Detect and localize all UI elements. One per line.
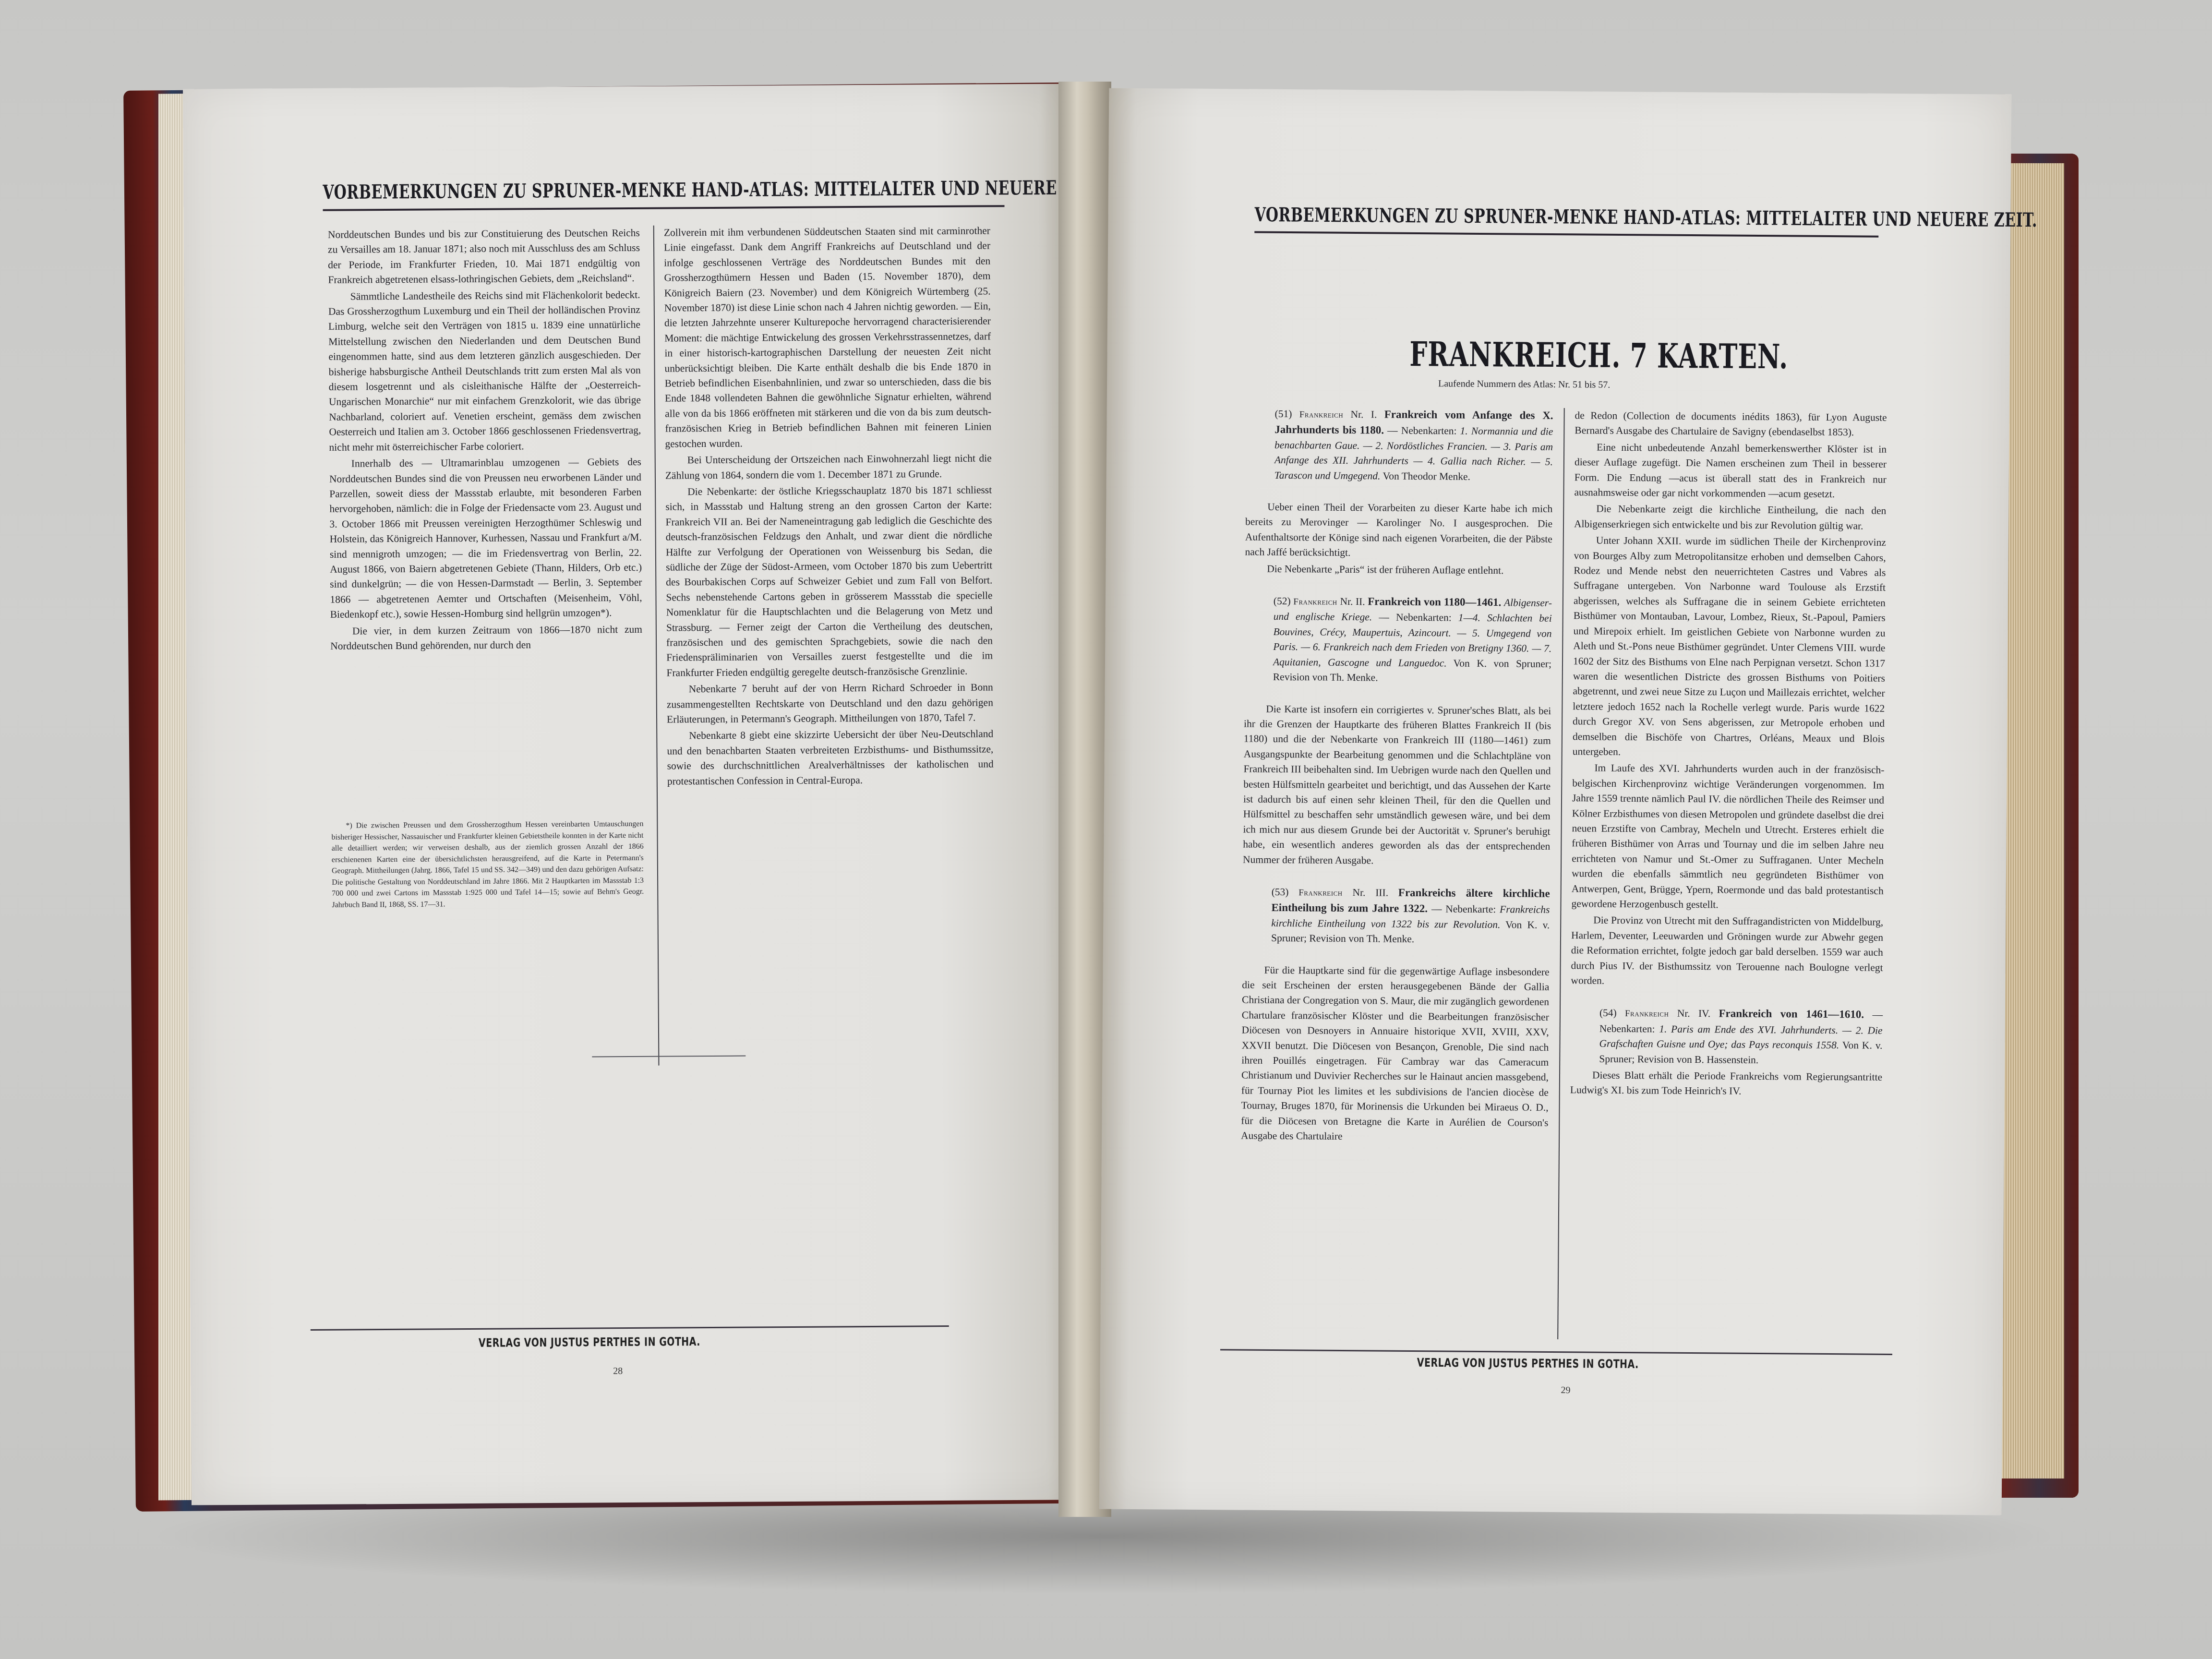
right-page-column-1: (51) Frankreich Nr. I. Frankreich vom An… [1241,406,1553,1147]
running-head-right: VORBEMERKUNGEN ZU SPRUNER-MENKE HAND-ATL… [1254,204,2037,232]
paragraph: Die vier, in dem kurzen Zeitraum von 186… [330,622,642,654]
paragraph: Nebenkarte 8 giebt eine skizzirte Uebers… [667,727,994,789]
map-entry-53: (53) Frankreich Nr. III. Frankreichs ält… [1242,884,1550,948]
paragraph: Für die Hauptkarte sind für die gegenwär… [1241,962,1550,1145]
left-page-column-2: Zollverein mit ihm verbundenen Süddeutsc… [664,223,994,790]
paragraph: Norddeutschen Bundes und bis zur Constit… [328,226,640,288]
footnote: *) Die zwischen Preussen und dem Grosshe… [331,818,644,911]
footer-rule [1220,1349,1892,1355]
left-page: VORBEMERKUNGEN ZU SPRUNER-MENKE HAND-ATL… [183,84,1075,1505]
right-page-column-2: de Redon (Collection de documents inédit… [1570,408,1887,1101]
right-page: VORBEMERKUNGEN ZU SPRUNER-MENKE HAND-ATL… [1099,88,2012,1515]
paragraph: Die Nebenkarte „Paris“ ist der früheren … [1245,561,1552,578]
paragraph: Dieses Blatt erhält die Periode Frankrei… [1570,1068,1882,1100]
entry-heading: Frankreich von 1461—1610. [1719,1008,1864,1021]
column-rule [1557,408,1565,1339]
page-number-left: 28 [613,1366,623,1377]
paragraph: Innerhalb des — Ultramarinblau umzogenen… [329,455,642,622]
column-rule [653,226,660,1066]
footer-rule [311,1325,949,1331]
paragraph: Im Laufe des XVI. Jahrhunderts wurden au… [1571,761,1884,914]
paragraph: Zollverein mit ihm verbundenen Süddeutsc… [664,223,992,451]
paragraph: Die Provinz von Utrecht mit den Suffraga… [1571,913,1883,991]
paragraph: Sämmtliche Landestheile des Reichs sind … [328,287,641,455]
paragraph: de Redon (Collection de documents inédit… [1575,408,1887,440]
imprint-left: VERLAG VON JUSTUS PERTHES IN GOTHA. [479,1335,700,1350]
paragraph: Die Karte ist insofern ein corrigiertes … [1243,701,1551,869]
running-head-rule [1254,231,1878,238]
page-subtitle: Laufende Nummern des Atlas: Nr. 51 bis 5… [1438,378,1610,391]
left-page-column-1: Norddeutschen Bundes und bis zur Constit… [328,226,642,655]
map-entry-54: (54) Frankreich Nr. IV. Frankreich von 1… [1570,1005,1883,1069]
running-head-left: VORBEMERKUNGEN ZU SPRUNER-MENKE HAND-ATL… [323,177,1106,204]
imprint-right: VERLAG VON JUSTUS PERTHES IN GOTHA. [1417,1356,1639,1371]
end-rule [592,1056,745,1058]
map-entry-51: (51) Frankreich Nr. I. Frankreich vom An… [1246,406,1553,484]
page-number-right: 29 [1561,1385,1570,1396]
page-title: FRANKREICH. 7 KARTEN. [1409,335,1788,377]
paragraph: Unter Johann XXII. wurde im südlichen Th… [1573,533,1886,762]
paragraph: Eine nicht unbedeutende Anzahl bemerkens… [1574,440,1887,502]
paragraph: Bei Unterscheidung der Ortszeichen nach … [665,451,992,483]
footnote-text: *) Die zwischen Preussen und dem Grosshe… [331,818,644,911]
paragraph: Die Nebenkarte zeigt die kirchliche Eint… [1574,502,1886,534]
map-entry-52: (52) Frankreich Nr. II. Frankreich von 1… [1244,593,1552,687]
paragraph: Nebenkarte 7 beruht auf der von Herrn Ri… [667,680,994,727]
entry-heading: Frankreich von 1180—1461. [1368,595,1501,608]
running-head-rule [323,205,1005,211]
paragraph: Ueber einen Theil der Vorarbeiten zu die… [1245,500,1553,562]
paragraph: Die Nebenkarte: der östliche Kriegsschau… [665,482,993,680]
